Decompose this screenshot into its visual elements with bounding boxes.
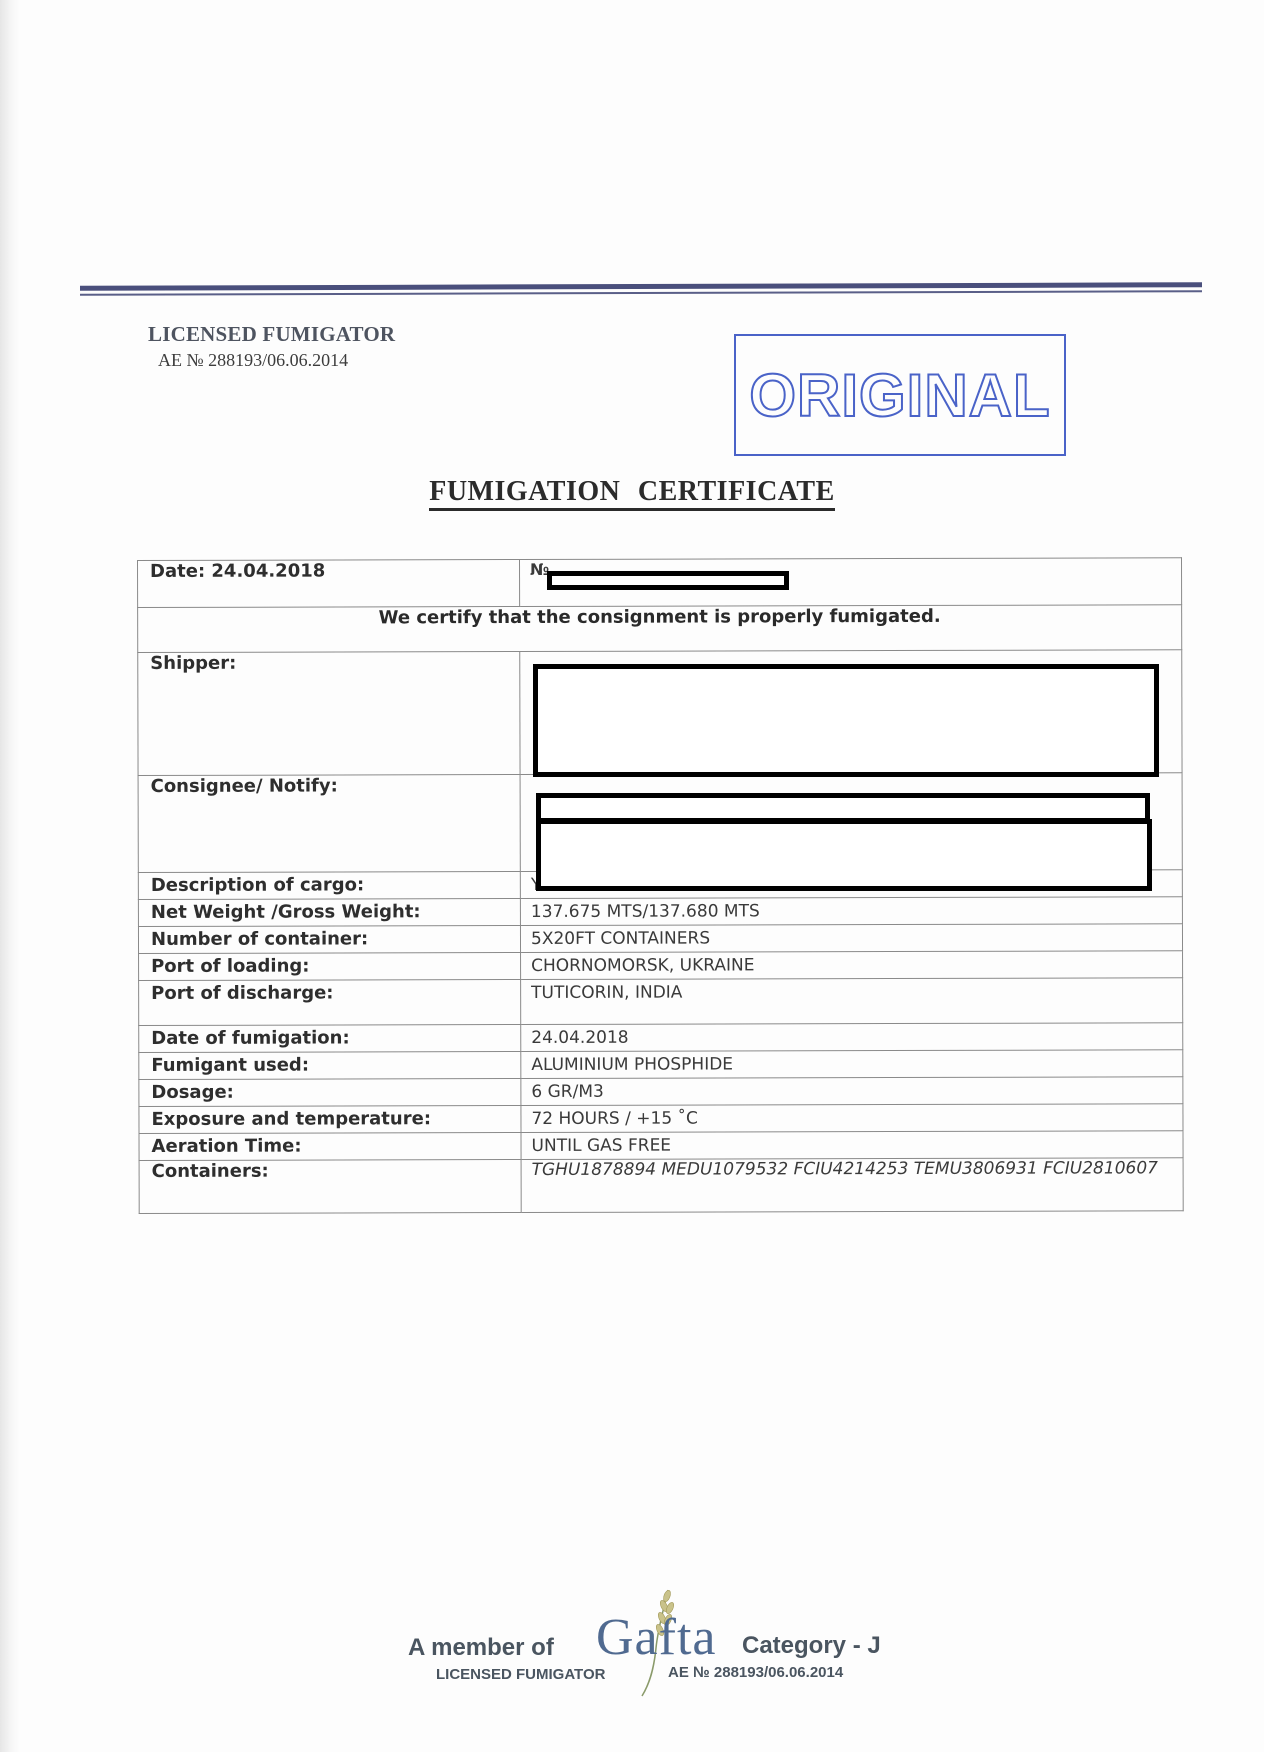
row-value: 24.04.2018	[521, 1023, 1183, 1052]
certification-statement: We certify that the consignment is prope…	[138, 605, 1182, 653]
row-value: 72 HOURS / +15 ˚C	[521, 1104, 1183, 1133]
row-label: Dosage:	[139, 1078, 521, 1106]
row-value: TUTICORIN, INDIA	[521, 978, 1183, 1025]
table-row: Fumigant used: ALUMINIUM PHOSPHIDE	[139, 1050, 1183, 1080]
row-label: Port of loading:	[139, 952, 521, 980]
scan-edge-shadow	[0, 0, 20, 1752]
document-title: FUMIGATION CERTIFICATE	[0, 476, 1264, 508]
row-label: Containers:	[139, 1159, 521, 1213]
licensed-fumigator-title: LICENSED FUMIGATOR	[148, 322, 395, 347]
row-value: UNTIL GAS FREE	[521, 1131, 1183, 1160]
document-title-text: FUMIGATION CERTIFICATE	[429, 476, 835, 511]
row-value: CHORNOMORSK, UKRAINE	[521, 951, 1183, 980]
gafta-logo: Gafta	[596, 1608, 716, 1667]
stamp-text: ORIGINAL	[749, 361, 1050, 430]
row-label: Fumigant used:	[139, 1051, 521, 1079]
row-label: Number of container:	[138, 925, 520, 953]
row-value: 5X20FT CONTAINERS	[520, 924, 1182, 953]
footer-licensed-fumigator: LICENSED FUMIGATOR	[436, 1666, 605, 1683]
table-row: Containers: TGHU1878894 MEDU1079532 FCIU…	[139, 1158, 1183, 1214]
redaction-consignee-block	[536, 819, 1152, 891]
row-label: Port of discharge:	[139, 979, 521, 1025]
table-row: Aeration Time: UNTIL GAS FREE	[139, 1131, 1183, 1161]
category-text: Category - J	[742, 1632, 881, 1660]
row-label: Aeration Time:	[139, 1132, 521, 1160]
table-row: Port of discharge: TUTICORIN, INDIA	[139, 978, 1183, 1026]
row-label: Description of cargo:	[138, 871, 520, 899]
original-stamp: ORIGINAL	[734, 334, 1066, 456]
shipper-label: Shipper:	[138, 651, 520, 775]
row-label: Net Weight /Gross Weight:	[138, 898, 520, 926]
footer-license-number: AE № 288193/06.06.2014	[668, 1664, 843, 1681]
table-row: We certify that the consignment is prope…	[138, 605, 1182, 653]
row-value: 137.675 MTS/137.680 MTS	[520, 897, 1182, 926]
table-row: Dosage: 6 GR/M3	[139, 1077, 1183, 1107]
header-rule-thin	[80, 290, 1202, 296]
table-row: Port of loading: CHORNOMORSK, UKRAINE	[139, 951, 1183, 981]
date-cell: Date: 24.04.2018	[138, 559, 520, 607]
consignee-label: Consignee/ Notify:	[138, 774, 520, 872]
redaction-number	[547, 571, 789, 590]
row-label: Exposure and temperature:	[139, 1105, 521, 1133]
row-label: Date of fumigation:	[139, 1024, 521, 1052]
row-value: ALUMINIUM PHOSPHIDE	[521, 1050, 1183, 1079]
row-value: 6 GR/M3	[521, 1077, 1183, 1106]
table-row: Exposure and temperature: 72 HOURS / +15…	[139, 1104, 1183, 1134]
member-of-text: A member of	[408, 1634, 554, 1662]
header-rule-thick	[80, 282, 1202, 291]
containers-value: TGHU1878894 MEDU1079532 FCIU4214253 TEMU…	[521, 1158, 1183, 1213]
table-row: Number of container: 5X20FT CONTAINERS	[138, 924, 1182, 954]
license-number: AE № 288193/06.06.2014	[158, 350, 348, 371]
table-row: Net Weight /Gross Weight: 137.675 MTS/13…	[138, 897, 1182, 927]
table-row: Date of fumigation: 24.04.2018	[139, 1023, 1183, 1053]
redaction-shipper	[533, 664, 1159, 777]
